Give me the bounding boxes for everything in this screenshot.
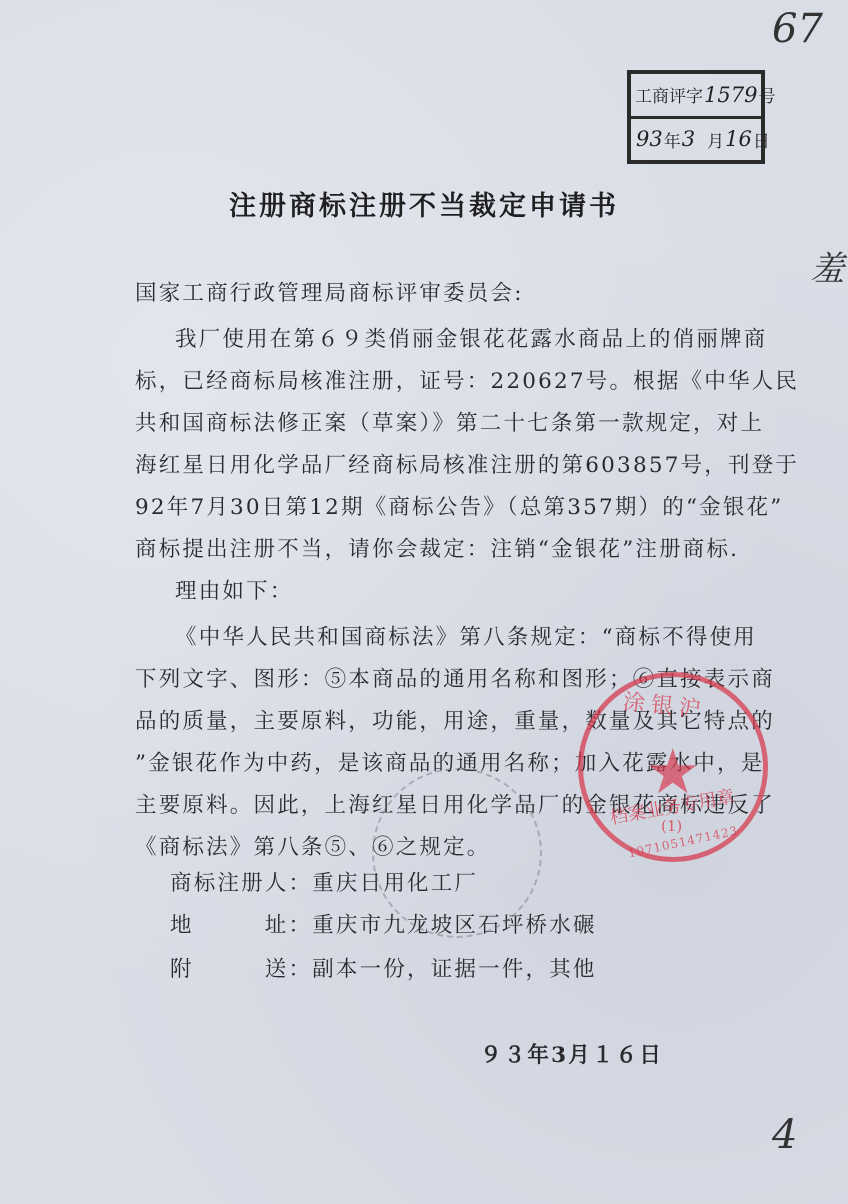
paragraph1-line: 海红星日用化学品厂经商标局核准注册的第603857号，刊登于 — [135, 448, 799, 479]
document-date: ９３年3月１６日 — [480, 1038, 663, 1069]
handwritten-page-number-top: 67 — [772, 6, 823, 52]
paragraph2-line: 《中华人民共和国商标法》第八条规定：“商标不得使用 — [175, 620, 757, 651]
field-label: 附 送 — [170, 957, 289, 982]
seal-number: (1) — [661, 817, 682, 835]
paragraph1-line: 共和国商标法修正案（草案）》第二十七条第一款规定，对上 — [135, 406, 764, 437]
reasons-heading: 理由如下： — [175, 574, 294, 605]
field-address: 地 址：重庆市九龙坡区石坪桥水碾 — [170, 908, 597, 939]
field-label: 商标注册人 — [170, 871, 289, 896]
addressee: 国家工商行政管理局商标评审委员会: — [135, 276, 524, 307]
field-enclosures: 附 送：副本一份，证据一件，其他 — [170, 952, 597, 983]
field-value: 副本一份，证据一件，其他 — [312, 957, 596, 982]
handwritten-side-mark: 羞 — [800, 250, 848, 284]
paragraph1-line: 商标提出注册不当，请你会裁定：注销“金银花”注册商标. — [135, 532, 739, 563]
paragraph1-line: 我厂使用在第６９类俏丽金银花花露水商品上的俏丽牌商 — [175, 322, 768, 353]
paragraph1-line: 标，已经商标局核准注册，证号：220627号。根据《中华人民 — [135, 364, 799, 395]
seal-top-text: 涂银沪 — [622, 685, 709, 725]
red-official-seal: 涂银沪 ★ 档案业务专用章 (1) 1071051471423 — [578, 672, 768, 862]
gray-seal — [372, 768, 542, 938]
paragraph1-line: 92年7月30日第12期《商标公告》（总第357期）的“金银花” — [135, 490, 783, 521]
field-label: 地 址 — [170, 913, 289, 938]
document-body: 国家工商行政管理局商标评审委员会: 我厂使用在第６９类俏丽金银花花露水商品上的俏… — [135, 0, 775, 1204]
handwritten-page-number-bottom: 4 — [772, 1112, 797, 1158]
